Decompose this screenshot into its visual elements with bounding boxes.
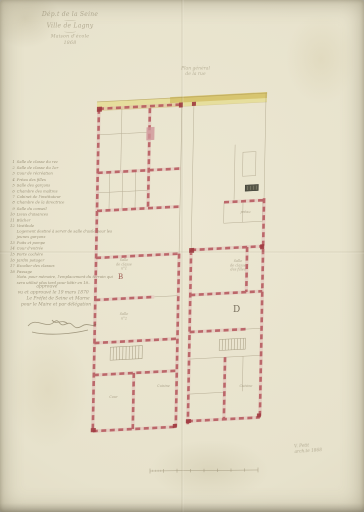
room-letter-D: D [233, 305, 240, 315]
cistern-grille [245, 184, 258, 191]
title-line-1: Dép.t de la Seine [26, 10, 114, 18]
room-caption: Sallen°2 [104, 312, 144, 321]
stove-block [146, 127, 154, 140]
title-block: Dép.t de la Seine Ville de Lagny Maison … [26, 10, 114, 46]
title-line-4: 1868 [26, 40, 114, 47]
staircase-left [110, 346, 142, 361]
room-caption: Cour [100, 395, 127, 399]
approval-block: approuvé vu et approuvé le 19 mars 1870 … [10, 283, 109, 307]
room-caption: Sallede classedes filles [218, 259, 258, 272]
room-caption: Cuisine [230, 384, 262, 388]
plan-caption: Plan général de la rue [168, 66, 223, 77]
scanned-plan-frame: Dép.t de la Seine Ville de Lagny Maison … [0, 0, 364, 512]
legend-item-text: Logement destiné à servir de salle d'asi… [17, 229, 117, 240]
scale-bar [150, 468, 258, 474]
staircase-right [219, 338, 245, 350]
plan-caption-line-2: de la rue [168, 72, 223, 78]
room-letter-B: B [118, 273, 123, 281]
room-caption: Cuisine [146, 384, 181, 388]
room-caption: Sallede classen°1 [104, 258, 144, 271]
signature-flourish [22, 306, 102, 340]
legend-list: 1Salle de classe du rez2Salle de classe … [9, 159, 117, 286]
legend-item: Logement destiné à servir de salle d'asi… [9, 229, 117, 240]
room-caption: préau [228, 210, 263, 214]
title-line-2: Ville de Lagny [26, 22, 114, 30]
legend-item-number [9, 229, 17, 240]
plan-sheet: Dép.t de la Seine Ville de Lagny Maison … [0, 0, 364, 512]
